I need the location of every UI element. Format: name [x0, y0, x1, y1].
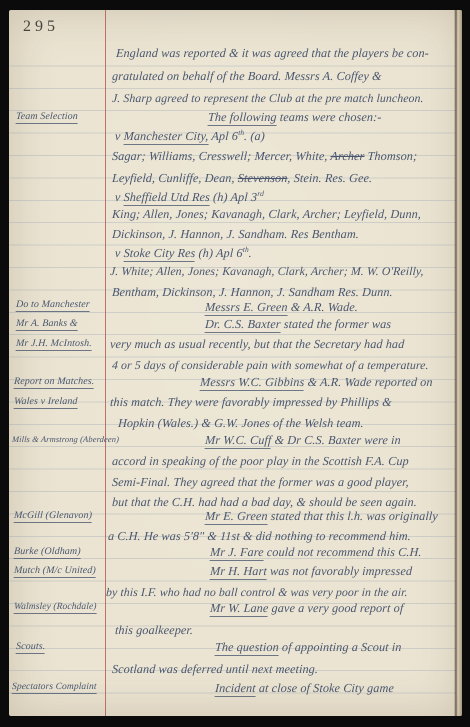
text-segment: v [115, 129, 124, 143]
text-segment: (h) Apl 6 [195, 246, 243, 260]
text-segment: a C.H. He was 5'8" & 11st & did nothing … [108, 529, 412, 543]
text-segment: 4 or 5 days of considerable pain with so… [112, 358, 429, 372]
handwriting-line: Mr H. Hart was not favorably impressed [210, 564, 413, 579]
handwriting-line: King; Allen, Jones; Kavanagh, Clark, Arc… [112, 207, 422, 222]
text-segment: Mutch (M/c United) [14, 565, 96, 578]
text-segment: Sheffield Utd Res [123, 190, 210, 206]
handwriting-line: Incident at close of Stoke City game [215, 681, 395, 696]
text-segment: Bentham, Dickinson, J. Hannon, J. Sandha… [112, 285, 393, 299]
text-segment: King; Allen, Jones; Kavanagh, Clark, Arc… [112, 207, 422, 221]
text-segment: Dickinson, J. Hannon, J. Sandham. Res Be… [112, 227, 360, 241]
text-segment: stated that this l.h. was originally [267, 509, 438, 523]
text-segment: Mr H. Hart [210, 564, 268, 580]
handwriting-line: very much as usual recently, but that th… [110, 337, 405, 352]
margin-note: Report on Matches. [14, 376, 95, 387]
text-segment: Apl 6 [208, 129, 238, 143]
handwriting-line: Messrs W.C. Gibbins & A.R. Wade reported… [200, 375, 433, 390]
text-segment: Incident [215, 681, 257, 697]
text-segment: this match. They were favorably impresse… [110, 395, 393, 409]
handwriting-line: The question of appointing a Scout in [215, 640, 402, 655]
handwriting-line: Messrs E. Green & A.R. Wade. [205, 300, 359, 315]
text-segment: Report on Matches. [14, 376, 95, 389]
text-segment: J. White; Allen, Jones; Kavanagh, Clark,… [110, 264, 424, 278]
margin-note: Team Selection [16, 111, 78, 122]
text-segment: Burke (Oldham) [14, 546, 81, 559]
handwriting-line: Dickinson, J. Hannon, J. Sandham. Res Be… [112, 227, 360, 242]
text-segment: . (a) [244, 129, 266, 143]
text-segment: Mr W.C. Cuff [205, 433, 272, 449]
text-segment: Stoke City Res [123, 246, 196, 262]
text-segment: The question [215, 640, 280, 656]
handwriting-line: Mr W.C. Cuff & Dr C.S. Baxter were in [205, 433, 402, 448]
handwriting-line: Dr. C.S. Baxter stated the former was [205, 317, 392, 332]
handwriting-line: Mr W. Lane gave a very good report of [210, 601, 404, 616]
handwriting-line: 4 or 5 days of considerable pain with so… [112, 358, 429, 373]
handwriting-layer: England was reported & it was agreed tha… [0, 0, 470, 727]
margin-note: Burke (Oldham) [14, 546, 81, 557]
text-segment: Mr J. Fare [210, 545, 265, 561]
text-segment: Sagar; Williams, Cresswell; Mercer, Whit… [112, 149, 331, 163]
text-segment: teams were chosen:- [276, 110, 382, 124]
text-segment: Messrs W.C. Gibbins [200, 375, 305, 391]
handwriting-line: v Stoke City Res (h) Apl 6th. [115, 245, 253, 261]
handwriting-line: Mr J. Fare could not recommend this C.H. [210, 545, 422, 560]
handwriting-line: a C.H. He was 5'8" & 11st & did nothing … [108, 529, 412, 544]
text-segment: very much as usual recently, but that th… [110, 337, 405, 351]
handwriting-line: v Manchester City, Apl 6th. (a) [115, 128, 266, 144]
handwriting-line: Leyfield, Cunliffe, Dean, Stevenson, Ste… [112, 171, 373, 186]
margin-note: Spectators Complaint [12, 682, 97, 692]
text-segment: Semi-Final. They agreed that the former … [112, 475, 410, 489]
margin-note: McGill (Glenavon) [14, 510, 93, 521]
handwriting-line: J. Sharp agreed to represent the Club at… [112, 91, 424, 106]
text-segment: Thomson; [364, 149, 417, 163]
text-segment: Mills & Armstrong (Aberdeen) [12, 434, 120, 444]
text-segment: Dr. C.S. Baxter [205, 317, 281, 333]
text-segment: gave a very good report of [268, 601, 404, 615]
text-segment: Mr W. Lane [210, 601, 269, 617]
text-segment: rd [257, 189, 264, 198]
text-segment: Manchester City, [123, 129, 209, 145]
text-segment: Archer [330, 149, 365, 163]
text-segment: Mr J.H. McIntosh. [16, 338, 93, 351]
handwriting-line: by this I.F. who had no ball control & w… [106, 585, 408, 600]
handwriting-line: Scotland was deferred until next meeting… [112, 662, 319, 677]
handwriting-line: accord in speaking of the poor play in t… [112, 454, 410, 469]
text-segment: Messrs E. Green [205, 300, 288, 316]
handwriting-line: Sagar; Williams, Cresswell; Mercer, Whit… [112, 149, 418, 164]
text-segment: v [115, 246, 124, 260]
handwriting-line: J. White; Allen, Jones; Kavanagh, Clark,… [110, 264, 424, 279]
handwriting-line: The following teams were chosen:- [208, 110, 382, 125]
text-segment: England was reported & it was agreed tha… [116, 46, 430, 60]
margin-note: Mr A. Banks & [16, 318, 78, 329]
text-segment: v [115, 190, 124, 204]
text-segment: (h) Apl 3 [210, 190, 258, 204]
text-segment: Scotland was deferred until next meeting… [112, 662, 319, 676]
handwriting-line: but that the C.H. had had a bad day, & s… [112, 495, 418, 510]
text-segment: McGill (Glenavon) [14, 510, 93, 523]
text-segment: of appointing a Scout in [278, 640, 401, 654]
text-segment: stated the former was [280, 317, 391, 331]
text-segment: by this I.F. who had no ball control & w… [106, 585, 408, 599]
margin-note: Mills & Armstrong (Aberdeen) [12, 434, 120, 444]
handwriting-line: Hopkin (Wales.) & G.W. Jones of the Wels… [118, 416, 365, 431]
handwriting-line: England was reported & it was agreed tha… [116, 46, 430, 61]
handwriting-line: v Sheffield Utd Res (h) Apl 3rd [115, 189, 265, 205]
text-segment: . [248, 246, 252, 260]
handwriting-line: this goalkeeper. [115, 623, 194, 638]
text-segment: Mr A. Banks & [16, 318, 78, 331]
text-segment: Stevenson [237, 171, 287, 185]
text-segment: Mr E. Green [205, 509, 268, 525]
text-segment: & A.R. Wade. [287, 300, 358, 314]
text-segment: this goalkeeper. [115, 623, 194, 637]
text-segment: Walmsley (Rochdale) [14, 602, 97, 614]
text-segment: , Stein. Res. Gee. [287, 171, 372, 185]
text-segment: was not favorably impressed [267, 564, 413, 578]
margin-note: Do to Manchester [16, 299, 90, 310]
margin-note: Scouts. [16, 641, 46, 652]
text-segment: & Dr C.S. Baxter were in [271, 433, 401, 447]
text-segment: Do to Manchester [16, 299, 90, 312]
margin-note: Mr J.H. McIntosh. [16, 338, 92, 349]
text-segment: at close of Stoke City game [255, 681, 394, 695]
handwriting-line: gratulated on behalf of the Board. Messr… [112, 69, 382, 84]
text-segment: accord in speaking of the poor play in t… [112, 454, 410, 468]
text-segment: Scouts. [16, 641, 46, 654]
margin-note: Mutch (M/c United) [14, 565, 96, 576]
text-segment: Wales v Ireland [14, 396, 78, 409]
text-segment: but that the C.H. had had a bad day, & s… [112, 495, 418, 509]
text-segment: & A.R. Wade reported on [304, 375, 433, 389]
text-segment: J. Sharp agreed to represent the Club at… [112, 91, 424, 105]
margin-note: Walmsley (Rochdale) [14, 602, 97, 612]
text-segment: Spectators Complaint [12, 682, 97, 694]
handwriting-line: Mr E. Green stated that this l.h. was or… [205, 509, 439, 524]
margin-note: Wales v Ireland [14, 396, 78, 407]
text-segment: Team Selection [16, 111, 79, 124]
handwriting-line: Bentham, Dickinson, J. Hannon, J. Sandha… [112, 285, 394, 300]
scan-background: 295 England was reported & it was agreed… [0, 0, 470, 727]
handwriting-line: this match. They were favorably impresse… [110, 395, 393, 410]
text-segment: Leyfield, Cunliffe, Dean, [112, 171, 239, 185]
text-segment: The following [208, 110, 278, 126]
handwriting-line: Semi-Final. They agreed that the former … [112, 475, 410, 490]
text-segment: could not recommend this C.H. [263, 545, 422, 559]
text-segment: gratulated on behalf of the Board. Messr… [112, 69, 382, 83]
text-segment: Hopkin (Wales.) & G.W. Jones of the Wels… [118, 416, 364, 430]
